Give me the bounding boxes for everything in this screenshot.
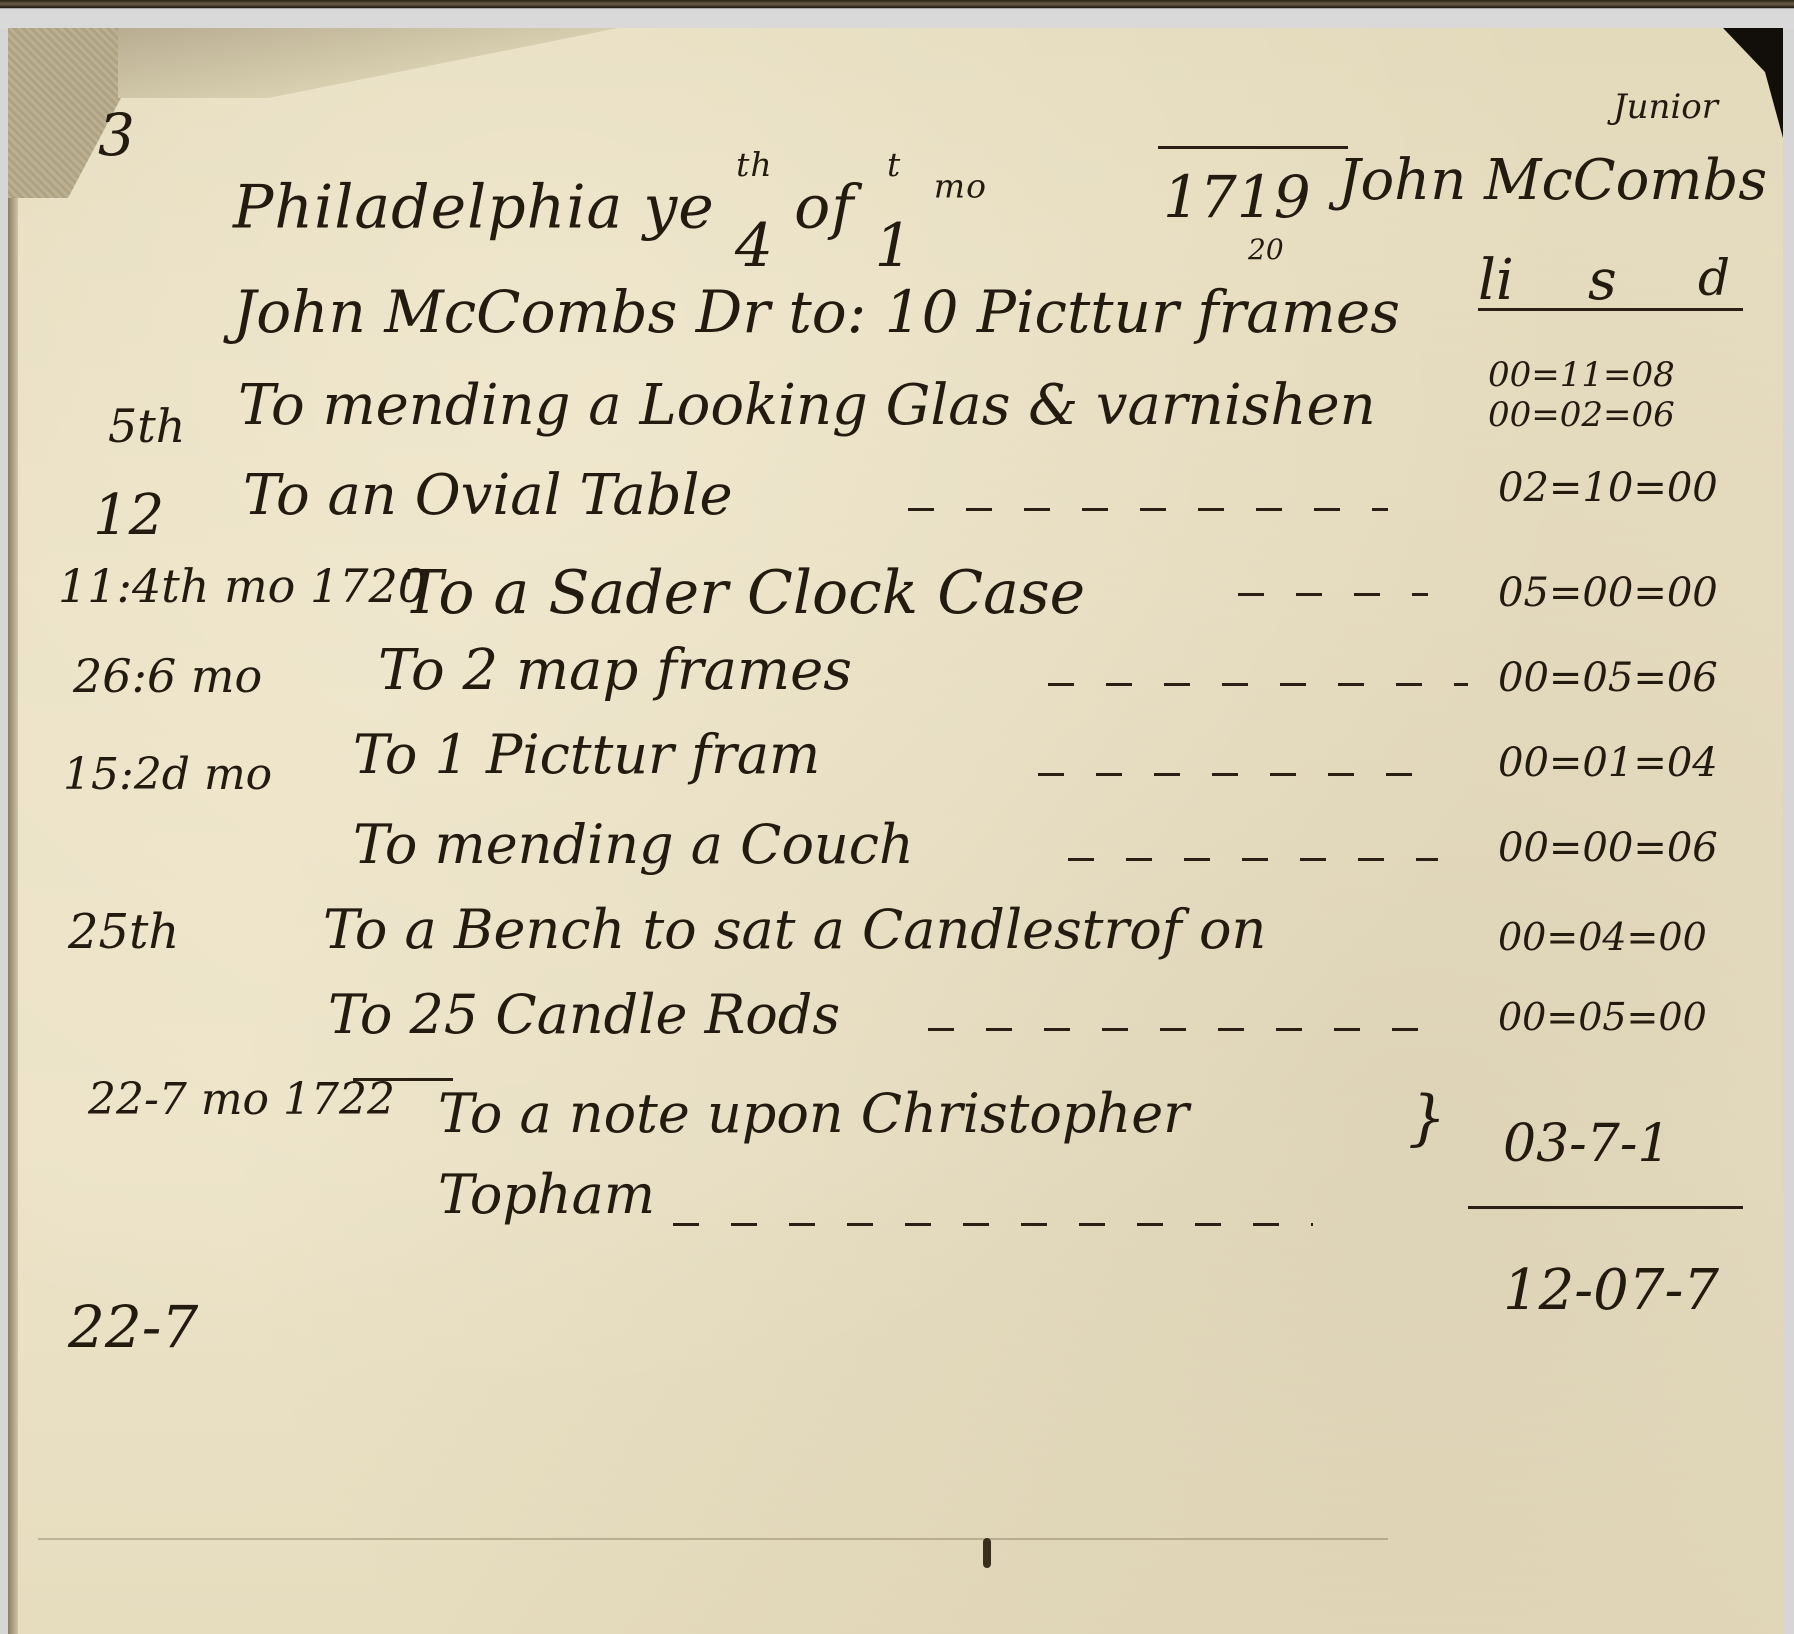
entry-amount-1: 00=02=06 [1488, 398, 1675, 432]
entry-amount-4: 00=05=06 [1498, 658, 1718, 698]
leader-dashes-2 [908, 508, 1388, 511]
entry-desc-5: To 1 Picttur fram [353, 728, 820, 782]
total-rule [1468, 1206, 1743, 1209]
currency-pence: d [1698, 253, 1730, 303]
account-title-line: John McCombs Dr to: 10 Picttur frames [233, 283, 1400, 341]
viewer-background [0, 8, 1794, 29]
total-amount: 12-07-7 [1503, 1263, 1719, 1319]
leader-dashes-8 [928, 1028, 1438, 1031]
footer-note: 22-7 [68, 1298, 198, 1356]
entry-amount-6: 00=00=06 [1498, 828, 1718, 868]
entry-amount-3: 05=00=00 [1498, 573, 1718, 613]
entry-desc-2: To an Ovial Table [243, 468, 733, 524]
currency-shillings: s [1588, 253, 1617, 309]
header-day-fraction: th 4 [735, 148, 774, 276]
entry-desc-8: To 25 Candle Rods [328, 988, 840, 1042]
header-month: 1 [875, 211, 914, 281]
header-account-name: John McCombs [1338, 153, 1767, 209]
entry-date-3: 11:4th mo 1720 [58, 563, 427, 609]
entry-desc-4: To 2 map frames [378, 643, 852, 699]
header-year: 1719 [1163, 168, 1311, 226]
leader-dashes-6 [1068, 858, 1438, 861]
header-day: 4 [735, 211, 774, 281]
entry-desc-3: To a Sader Clock Case [403, 563, 1085, 623]
header-day-sup: th [736, 145, 773, 184]
binding-edge [8, 198, 18, 1634]
header-mo: mo [934, 167, 987, 206]
entry-amount-0: 00=11=08 [1488, 358, 1675, 392]
header-place-date: Philadelphia ye th 4 of t 1 mo [233, 148, 987, 276]
leader-dashes-9 [673, 1223, 1313, 1226]
page-crease [38, 1538, 1388, 1540]
leader-dashes-5 [1038, 773, 1438, 776]
entry-date-1: 5th [108, 403, 185, 449]
leader-dashes-3 [1238, 593, 1428, 596]
entry-desc-9: To a note upon Christopher Topham [438, 1073, 1358, 1235]
currency-pounds: li [1478, 253, 1514, 309]
entry-date-4: 26:6 mo [73, 653, 262, 699]
scan-top-edge [0, 0, 1794, 8]
entry-date-5: 15:2d mo [63, 753, 272, 797]
header-month-fraction: t 1 [875, 148, 914, 276]
entry-amount-9: 03-7-1 [1503, 1118, 1670, 1170]
entry-amount-7: 00=04=00 [1498, 918, 1707, 956]
entry-amount-2: 02=10=00 [1498, 468, 1718, 508]
brace-mark: } [1408, 1088, 1446, 1148]
ink-blot [983, 1538, 991, 1568]
year-overline [1158, 146, 1348, 149]
currency-underline [1478, 308, 1743, 311]
header-year-fraction: 20 [1248, 236, 1284, 264]
entry-amount-8: 00=05=00 [1498, 998, 1707, 1036]
entry-desc-7: To a Bench to sat a Candlestrof on [323, 903, 1266, 957]
leader-dashes-4 [1048, 683, 1468, 686]
corner-mark: 3 [98, 106, 135, 164]
header-account-note: Junior [1613, 90, 1718, 124]
header-place: Philadelphia ye [233, 172, 735, 242]
torn-corner [1723, 28, 1783, 138]
entry-desc-1: To mending a Looking Glas & varnishen [238, 378, 1376, 434]
page-fold-shadow [118, 28, 618, 98]
entry-desc-6: To mending a Couch [353, 818, 914, 872]
entry-date-2: 12 [93, 488, 164, 544]
entry-amount-5: 00=01=04 [1498, 743, 1718, 783]
ledger-page: 3 Philadelphia ye th 4 of t 1 mo 1719 20… [8, 28, 1783, 1634]
entry-date-9: 22-7 mo 1722 [88, 1078, 395, 1122]
header-month-sup: t [887, 145, 901, 184]
entry-date-7: 25th [68, 908, 179, 956]
